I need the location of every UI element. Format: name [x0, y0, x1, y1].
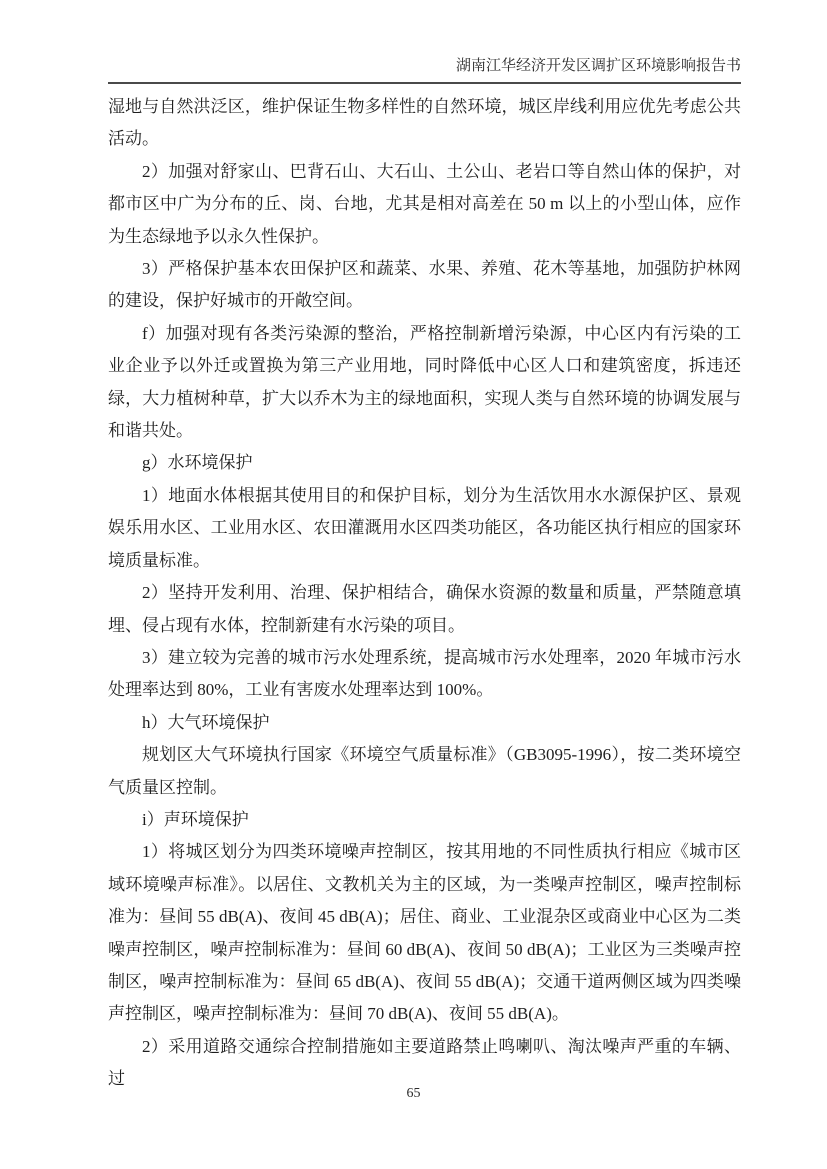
paragraph: 2）加强对舒家山、巴背石山、大石山、土公山、老岩口等自然山体的保护，对都市区中广… — [108, 156, 741, 253]
paragraph: 2）坚持开发利用、治理、保护相结合，确保水资源的数量和质量，严禁随意填埋、侵占现… — [108, 577, 741, 642]
paragraph: g）水环境保护 — [108, 447, 741, 479]
paragraph: 3）建立较为完善的城市污水处理系统，提高城市污水处理率，2020 年城市污水处理… — [108, 642, 741, 707]
paragraph: f）加强对现有各类污染源的整治，严格控制新增污染源，中心区内有污染的工业企业予以… — [108, 318, 741, 448]
paragraph: i）声环境保护 — [108, 804, 741, 836]
header-title: 湖南江华经济开发区调扩区环境影响报告书 — [456, 58, 741, 74]
paragraph: 1）地面水体根据其使用目的和保护目标，划分为生活饮用水水源保护区、景观娱乐用水区… — [108, 480, 741, 577]
paragraph: 规划区大气环境执行国家《环境空气质量标准》（GB3095-1996），按二类环境… — [108, 739, 741, 804]
paragraph: 3）严格保护基本农田保护区和蔬菜、水果、养殖、花木等基地，加强防护林网的建设，保… — [108, 253, 741, 318]
document-page: 湖南江华经济开发区调扩区环境影响报告书 湿地与自然洪泛区，维护保证生物多样性的自… — [0, 0, 827, 1169]
body-text: 湿地与自然洪泛区，维护保证生物多样性的自然环境，城区岸线利用应优先考虑公共活动。… — [108, 91, 741, 1096]
paragraph: 1）将城区划分为四类环境噪声控制区，按其用地的不同性质执行相应《城市区域环境噪声… — [108, 836, 741, 1030]
paragraph: 湿地与自然洪泛区，维护保证生物多样性的自然环境，城区岸线利用应优先考虑公共活动。 — [108, 91, 741, 156]
page-number: 65 — [407, 1086, 421, 1101]
page-footer: 65 — [0, 1086, 827, 1102]
page-header: 湖南江华经济开发区调扩区环境影响报告书 — [108, 56, 741, 84]
paragraph: h）大气环境保护 — [108, 707, 741, 739]
